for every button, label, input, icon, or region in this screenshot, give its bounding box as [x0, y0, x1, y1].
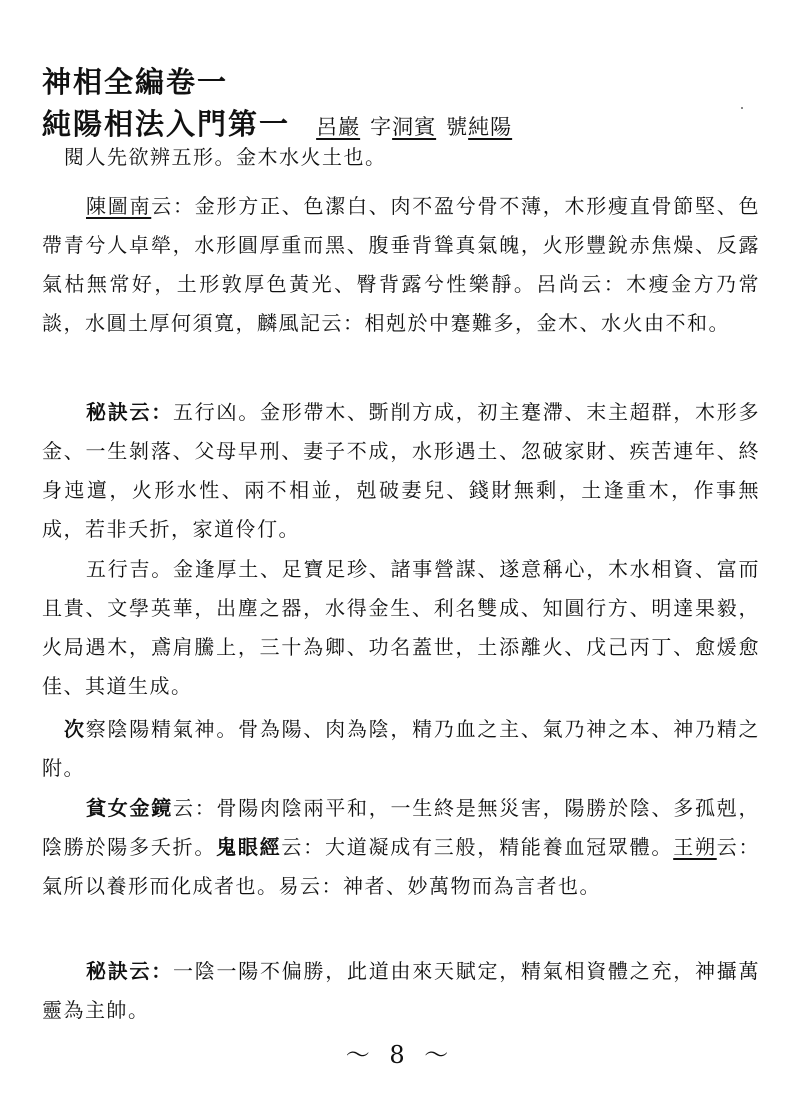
style-label: 號	[446, 115, 468, 139]
chapter-title: 純陽相法入門第一	[42, 107, 290, 141]
courtesy-name: 洞賓	[392, 115, 436, 139]
paragraph-text: 云：大道凝成有三般，精能養血冠眾體。	[281, 835, 673, 859]
courtesy-label: 字	[370, 115, 392, 139]
paragraph-five-elements-bad: 秘訣云：五行凶。金形帶木、斲削方成，初主蹇滯、末主超群，木形多金、一生剝落、父母…	[42, 393, 760, 549]
volume-title: 神相全編卷一	[42, 60, 228, 101]
paragraph-five-elements-good: 五行吉。金逢厚土、足寶足珍、諸事營謀、遂意稱心，木水相資、富而且貴、文學英華，出…	[42, 550, 760, 706]
source-name: 秘訣云：	[86, 400, 173, 424]
source-name: 秘訣云：	[86, 959, 173, 983]
paragraph-intro: 閱人先欲辨五形。金木水火土也。	[42, 138, 760, 177]
page-number: ～ 8 ～	[0, 1035, 800, 1070]
lead-char: 次	[64, 717, 86, 741]
paragraph-text: 閱人先欲辨五形。金木水火土也。	[64, 145, 387, 169]
paragraph-secret-formula: 秘訣云：一陰一陽不偏勝，此道由來天賦定，精氣相資體之充，神攝萬靈為主帥。	[42, 952, 760, 1030]
source-name: 陳圖南	[86, 194, 151, 218]
paragraph-chen-tunan: 陳圖南云：金形方正、色潔白、肉不盈兮骨不薄，木形瘦直骨節堅、色帶青兮人卓犖，水形…	[42, 187, 760, 343]
source-name: 王朔	[673, 835, 717, 859]
paragraph-text: 五行吉。金逢厚土、足寶足珍、諸事營謀、遂意稱心，木水相資、富而且貴、文學英華，出…	[42, 557, 760, 698]
paragraph-text: 察陰陽精氣神。骨為陽、肉為陰，精乃血之主、氣乃神之本、神乃精之附。	[42, 717, 760, 780]
paragraph-quotes: 貧女金鏡云：骨陽肉陰兩平和，一生終是無災害，陽勝於陰、多孤剋，陰勝於陽多夭折。鬼…	[42, 789, 760, 906]
source-name: 貧女金鏡	[86, 796, 173, 820]
author-attribution: 呂巖字洞賓號純陽	[316, 115, 512, 139]
source-name: 鬼眼經	[216, 835, 281, 859]
scan-speck	[741, 107, 743, 109]
author-name: 呂巖	[316, 115, 360, 139]
paragraph-yin-yang: 次察陰陽精氣神。骨為陽、肉為陰，精乃血之主、氣乃神之本、神乃精之附。	[42, 710, 760, 788]
document-page: 神相全編卷一 純陽相法入門第一 呂巖字洞賓號純陽 閱人先欲辨五形。金木水火土也。…	[0, 0, 800, 1120]
chapter-title-line: 純陽相法入門第一 呂巖字洞賓號純陽	[42, 102, 512, 143]
style-name: 純陽	[468, 115, 512, 139]
